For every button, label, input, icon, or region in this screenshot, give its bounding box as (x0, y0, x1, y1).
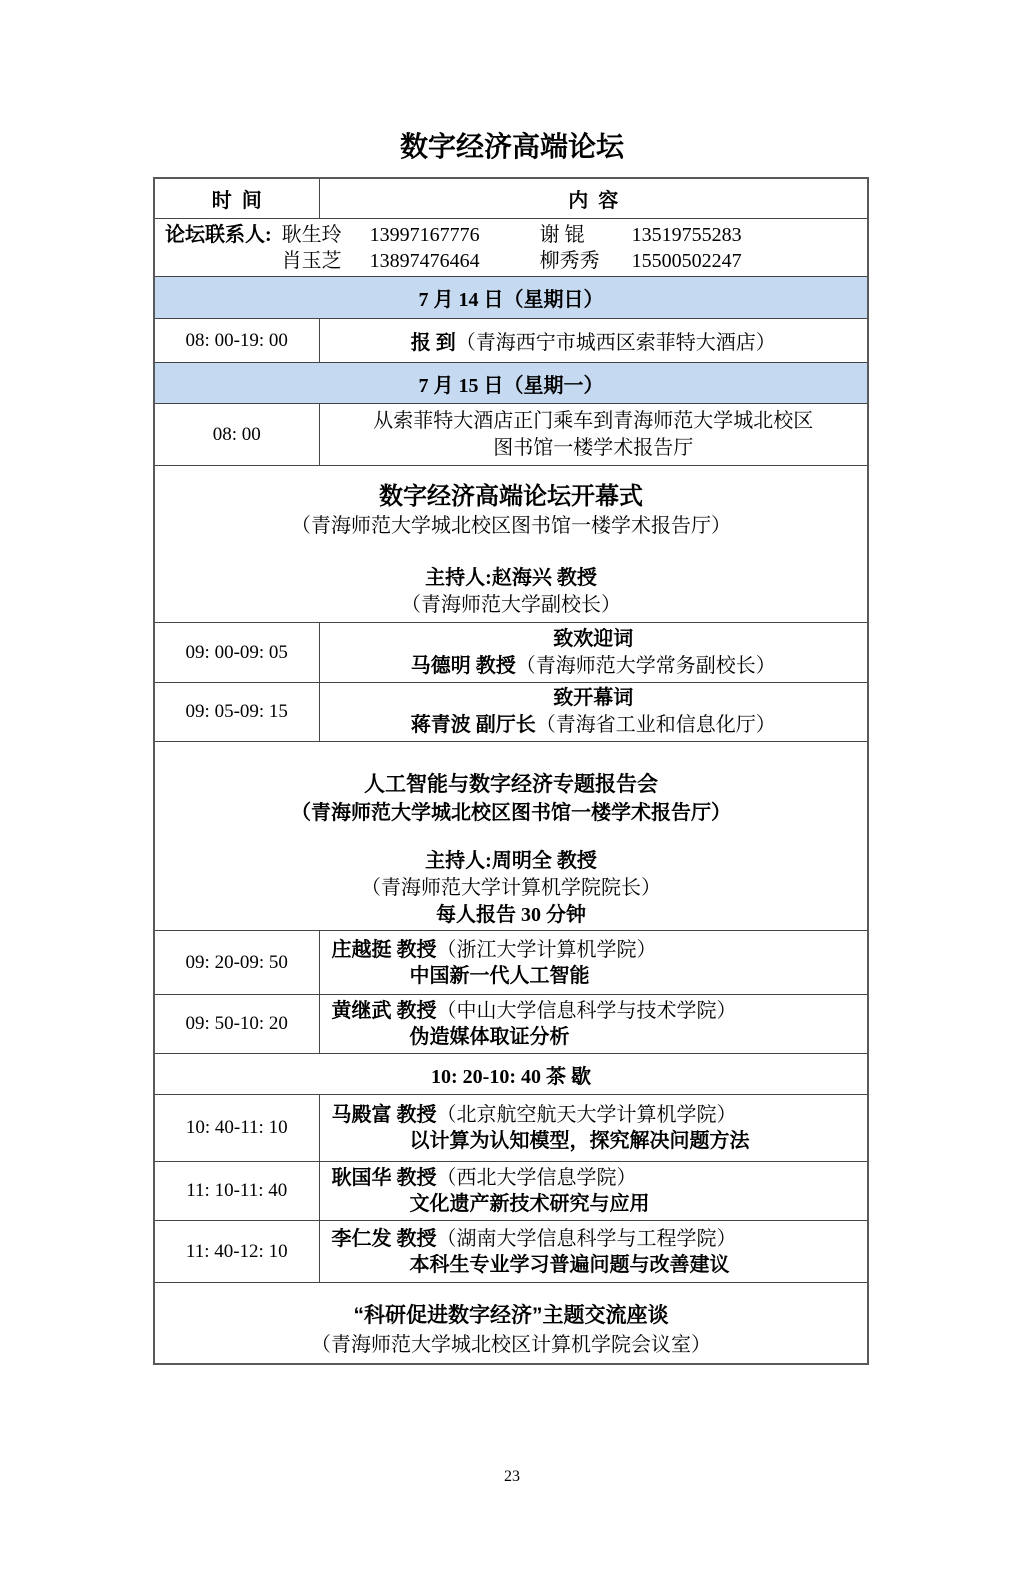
contact-name: 谢 锟 (540, 222, 632, 248)
talk-affiliation: （北京航空航天大学计算机学院） (437, 1104, 737, 1126)
time-cell: 09: 00-09: 05 (154, 623, 319, 683)
contact-cell: 论坛联系人: 耿生玲 13997167776 谢 锟 13519755283 肖… (154, 219, 868, 277)
talk-topic: 文化遗产新技术研究与应用 (332, 1191, 862, 1217)
talk-topic: 以计算为认知模型，探究解决问题方法 (332, 1128, 862, 1154)
registration-title: 报 到 (411, 332, 456, 354)
talk-topic: 伪造媒体取证分析 (332, 1024, 862, 1050)
talk-row: 11: 40-12: 10 李仁发 教授（湖南大学信息科学与工程学院） 本科生专… (154, 1221, 868, 1283)
opening-host-title: （青海师范大学副校长） (155, 592, 867, 619)
opening-title: 数字经济高端论坛开幕式 (155, 470, 867, 512)
talk-content: 耿国华 教授（西北大学信息学院） 文化遗产新技术研究与应用 (319, 1162, 868, 1221)
talk-affiliation: （湖南大学信息科学与工程学院） (437, 1228, 737, 1250)
talk-topic: 中国新一代人工智能 (332, 963, 862, 989)
opening-section-row: 数字经济高端论坛开幕式 （青海师范大学城北校区图书馆一楼学术报告厅） 主持人:赵… (154, 466, 868, 623)
welcome-affiliation: （青海师范大学常务副校长） (516, 655, 776, 677)
talk-content: 李仁发 教授（湖南大学信息科学与工程学院） 本科生专业学习普遍问题与改善建议 (319, 1221, 868, 1283)
contact-phone: 13997167776 (370, 222, 540, 248)
opening-speech-speaker: 蒋青波 副厅长 (411, 714, 536, 736)
transfer-row: 08: 00 从索菲特大酒店正门乘车到青海师范大学城北校区 图书馆一楼学术报告厅 (154, 404, 868, 466)
talk-speaker: 庄越挺 教授 (332, 939, 437, 961)
day1-banner: 7 月 14 日（星期日） (154, 277, 868, 319)
session-location: （青海师范大学城北校区图书馆一楼学术报告厅） (155, 799, 867, 827)
transfer-line2: 图书馆一楼学术报告厅 (320, 435, 868, 462)
opening-location: （青海师范大学城北校区图书馆一楼学术报告厅） (155, 512, 867, 540)
transfer-line1: 从索菲特大酒店正门乘车到青海师范大学城北校区 (320, 408, 868, 435)
page-title: 数字经济高端论坛 (0, 130, 1024, 164)
opening-section: 数字经济高端论坛开幕式 （青海师范大学城北校区图书馆一楼学术报告厅） 主持人:赵… (154, 466, 868, 623)
welcome-speaker: 马德明 教授 (411, 655, 516, 677)
time-cell: 09: 05-09: 15 (154, 683, 319, 742)
contact-phone: 15500502247 (632, 248, 742, 274)
contact-name: 肖玉芝 (282, 248, 370, 274)
closing-location: （青海师范大学城北校区计算机学院会议室） (155, 1331, 867, 1359)
talk-row: 09: 50-10: 20 黄继武 教授（中山大学信息科学与技术学院） 伪造媒体… (154, 995, 868, 1054)
transfer-content: 从索菲特大酒店正门乘车到青海师范大学城北校区 图书馆一楼学术报告厅 (319, 404, 868, 466)
opening-speech-row: 09: 05-09: 15 致开幕词 蒋青波 副厅长（青海省工业和信息化厅） (154, 683, 868, 742)
welcome-title: 致欢迎词 (320, 626, 868, 653)
contact-name: 耿生玲 (282, 222, 370, 248)
talk-row: 10: 40-11: 10 马殿富 教授（北京航空航天大学计算机学院） 以计算为… (154, 1095, 868, 1162)
talk-affiliation: （西北大学信息学院） (437, 1167, 637, 1189)
welcome-content: 致欢迎词 马德明 教授（青海师范大学常务副校长） (319, 623, 868, 683)
talk-affiliation: （中山大学信息科学与技术学院） (437, 1000, 737, 1022)
header-time-cell: 时 间 (154, 178, 319, 219)
closing-section: “科研促进数字经济”主题交流座谈 （青海师范大学城北校区计算机学院会议室） (154, 1283, 868, 1365)
talk-topic: 本科生专业学习普遍问题与改善建议 (332, 1252, 862, 1278)
registration-location: （青海西宁市城西区索菲特大酒店） (456, 332, 776, 354)
table-header-row: 时 间 内 容 (154, 178, 868, 219)
tea-break: 10: 20-10: 40 茶 歇 (154, 1054, 868, 1095)
time-cell: 11: 10-11: 40 (154, 1162, 319, 1221)
welcome-row: 09: 00-09: 05 致欢迎词 马德明 教授（青海师范大学常务副校长） (154, 623, 868, 683)
time-cell: 09: 20-09: 50 (154, 931, 319, 995)
header-content-cell: 内 容 (319, 178, 868, 219)
talk-affiliation: （浙江大学计算机学院） (437, 939, 657, 961)
talk-row: 09: 20-09: 50 庄越挺 教授（浙江大学计算机学院） 中国新一代人工智… (154, 931, 868, 995)
talk-content: 庄越挺 教授（浙江大学计算机学院） 中国新一代人工智能 (319, 931, 868, 995)
talk-row: 11: 10-11: 40 耿国华 教授（西北大学信息学院） 文化遗产新技术研究… (154, 1162, 868, 1221)
talk-speaker: 马殿富 教授 (332, 1104, 437, 1126)
time-cell: 11: 40-12: 10 (154, 1221, 319, 1283)
schedule-table: 时 间 内 容 论坛联系人: 耿生玲 13997167776 谢 锟 13519… (153, 177, 869, 1365)
contact-row: 论坛联系人: 耿生玲 13997167776 谢 锟 13519755283 肖… (154, 219, 868, 277)
opening-speech-affiliation: （青海省工业和信息化厅） (536, 714, 776, 736)
time-cell: 08: 00-19: 00 (154, 319, 319, 363)
session-section: 人工智能与数字经济专题报告会 （青海师范大学城北校区图书馆一楼学术报告厅） 主持… (154, 742, 868, 931)
contact-list: 耿生玲 13997167776 谢 锟 13519755283 肖玉芝 1389… (282, 222, 742, 274)
session-host: 主持人:周明全 教授 (155, 847, 867, 875)
talk-speaker: 黄继武 教授 (332, 1000, 437, 1022)
page-number: 23 (0, 1468, 1024, 1486)
opening-speech-title: 致开幕词 (320, 685, 868, 712)
session-host-title: （青海师范大学计算机学院院长） (155, 875, 867, 902)
contact-label: 论坛联系人: (165, 222, 272, 248)
time-cell: 08: 00 (154, 404, 319, 466)
closing-title: “科研促进数字经济”主题交流座谈 (155, 1287, 867, 1331)
talk-content: 马殿富 教授（北京航空航天大学计算机学院） 以计算为认知模型，探究解决问题方法 (319, 1095, 868, 1162)
time-cell: 09: 50-10: 20 (154, 995, 319, 1054)
closing-section-row: “科研促进数字经济”主题交流座谈 （青海师范大学城北校区计算机学院会议室） (154, 1283, 868, 1365)
registration-row: 08: 00-19: 00 报 到（青海西宁市城西区索菲特大酒店） (154, 319, 868, 363)
contact-phone: 13897476464 (370, 248, 540, 274)
session-title: 人工智能与数字经济专题报告会 (155, 743, 867, 799)
session-section-row: 人工智能与数字经济专题报告会 （青海师范大学城北校区图书馆一楼学术报告厅） 主持… (154, 742, 868, 931)
day1-banner-row: 7 月 14 日（星期日） (154, 277, 868, 319)
talk-content: 黄继武 教授（中山大学信息科学与技术学院） 伪造媒体取证分析 (319, 995, 868, 1054)
contact-name: 柳秀秀 (540, 248, 632, 274)
session-note: 每人报告 30 分钟 (155, 902, 867, 929)
tea-break-row: 10: 20-10: 40 茶 歇 (154, 1054, 868, 1095)
talk-speaker: 耿国华 教授 (332, 1167, 437, 1189)
contact-phone: 13519755283 (632, 222, 742, 248)
day2-banner: 7 月 15 日（星期一） (154, 363, 868, 404)
day2-banner-row: 7 月 15 日（星期一） (154, 363, 868, 404)
time-cell: 10: 40-11: 10 (154, 1095, 319, 1162)
opening-speech-content: 致开幕词 蒋青波 副厅长（青海省工业和信息化厅） (319, 683, 868, 742)
opening-host: 主持人:赵海兴 教授 (155, 564, 867, 592)
registration-content: 报 到（青海西宁市城西区索菲特大酒店） (319, 319, 868, 363)
talk-speaker: 李仁发 教授 (332, 1228, 437, 1250)
